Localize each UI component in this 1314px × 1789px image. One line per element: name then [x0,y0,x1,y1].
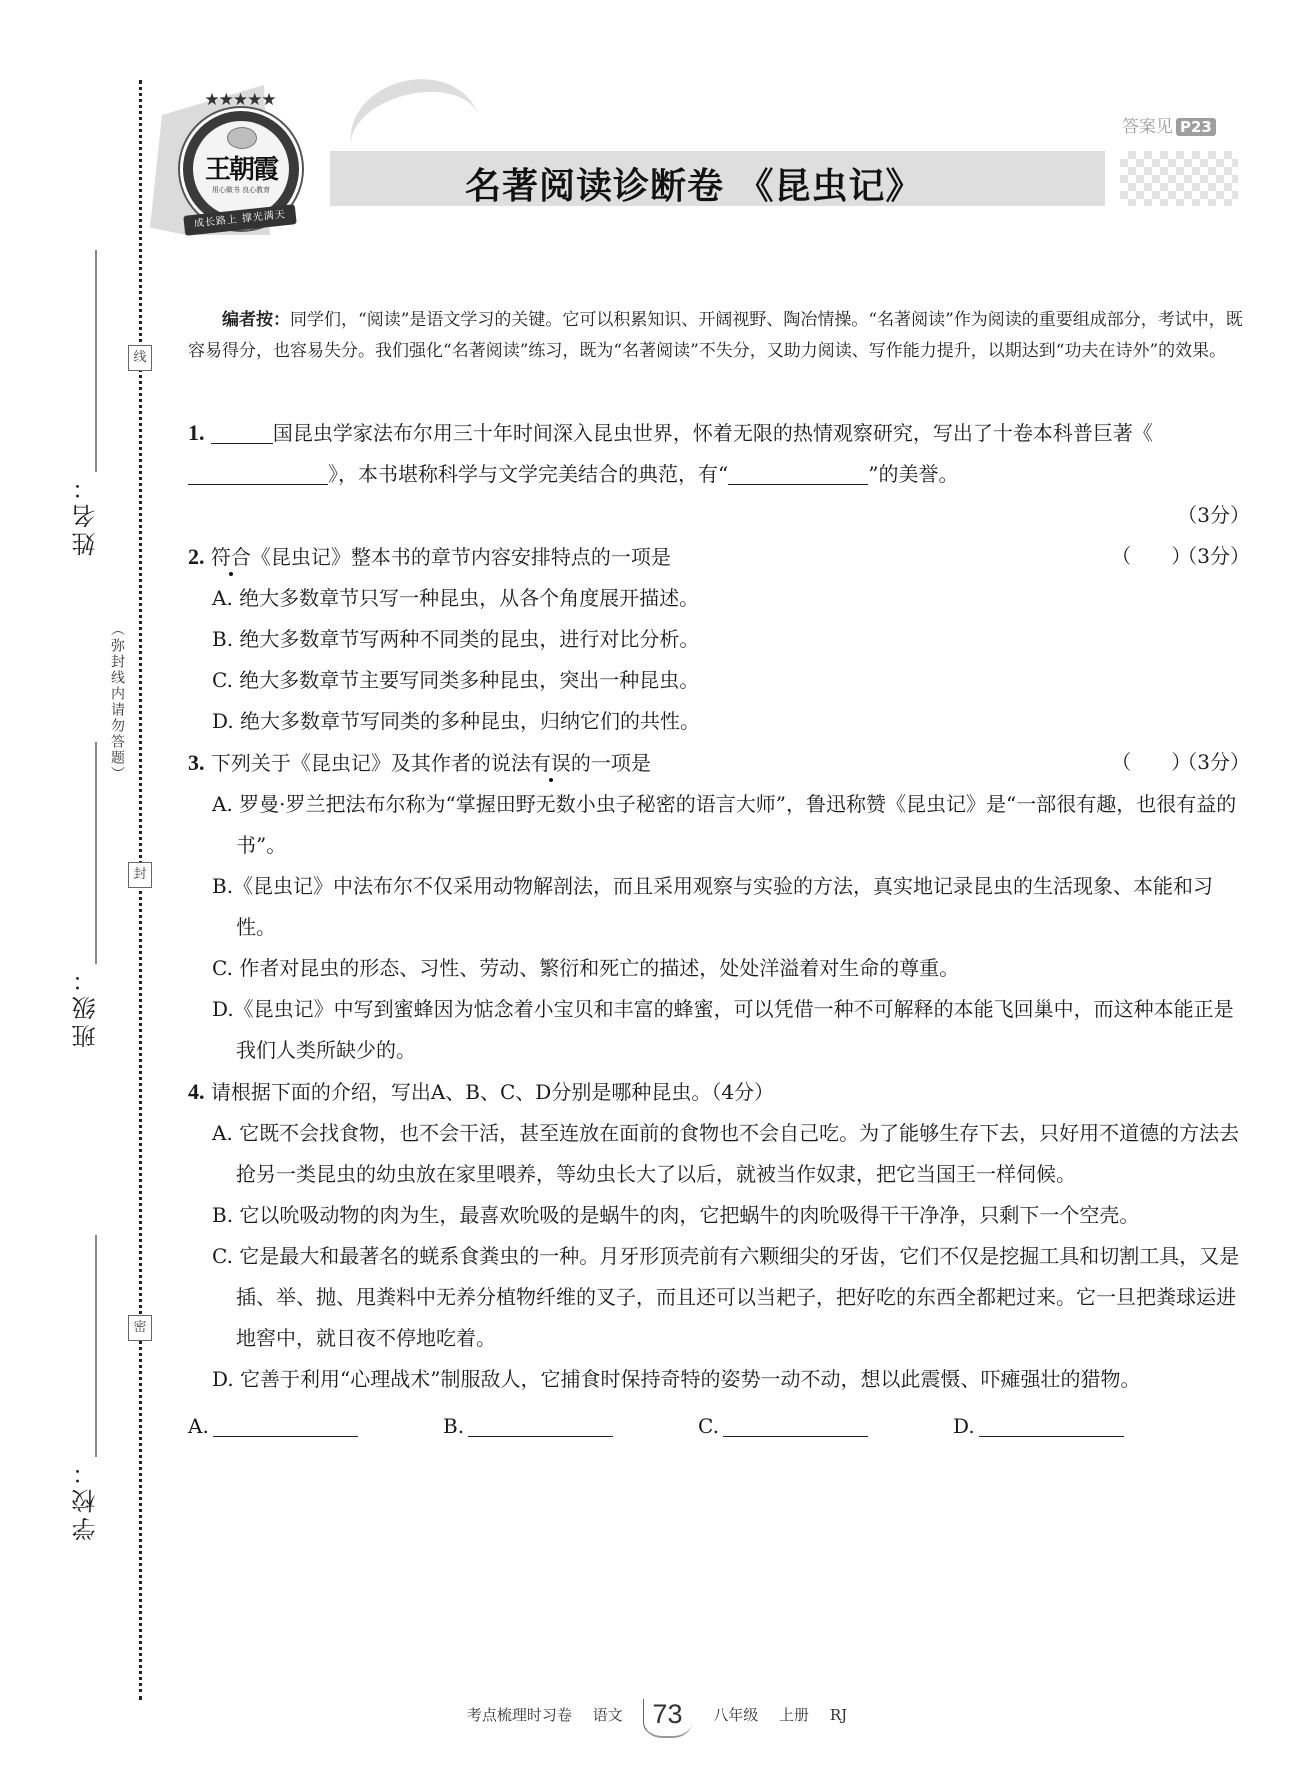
option-a: A. 绝大多数章节只写一种昆虫，从各个角度展开描述。 [212,578,1250,619]
footer-grade: 八年级 [713,1706,758,1724]
name-field-label: 姓名： [68,472,98,556]
question-score: （3分） [1177,544,1250,568]
answer-blank-b[interactable] [468,1414,613,1437]
binding-mark-line: 线 [128,345,152,371]
answer-label-d: D. [953,1414,975,1438]
option-c: C. 它是最大和最著名的蜣系食粪虫的一种。月牙形顶壳前有六颗细尖的牙齿，它们不仅… [212,1236,1250,1359]
exam-content: 编者按：同学们，“阅读”是语文学习的关键。它可以积累知识、开阔视野、陶冶情操。“… [188,305,1250,1438]
question-number: 1. [188,420,205,445]
answer-blank-d[interactable] [979,1414,1124,1437]
footer-edition: RJ [830,1706,847,1724]
school-field-label: 学校： [68,1457,98,1541]
answer-blank-c[interactable] [723,1414,868,1437]
question-1: 1. 国昆虫学家法布尔用三十年时间深入昆虫世界，怀着无限的热情观察研究，写出了十… [188,412,1250,536]
star-icons: ★★★★★ [195,90,285,110]
question-number: 2. [188,544,205,569]
question-text-part: ”的美誉。 [868,462,958,486]
question-text-part: 》，本书堪称科学与文学完美结合的典范，有“ [328,462,728,486]
question-3: 3. 下列关于《昆虫记》及其作者的说法有误的一项是 （ ）（3分） A. 罗曼·… [188,742,1250,1071]
editor-note-text: 同学们，“阅读”是语文学习的关键。它可以积累知识、开阔视野、陶冶情操。“名著阅读… [188,310,1243,361]
option-c: C. 绝大多数章节主要写同类多种昆虫，突出一种昆虫。 [212,660,1250,701]
binding-mark-secret: 密 [128,1315,152,1341]
option-b: B.《昆虫记》中法布尔不仅采用动物解剖法，而且采用观察与实验的方法，真实地记录昆… [212,866,1250,948]
option-b: B. 它以吮吸动物的肉为生，最喜欢吮吸的是蜗牛的肉，它把蜗牛的肉吮吸得干干净净，… [212,1195,1250,1236]
question-stem-end: 的一项是 [571,751,651,775]
footer-series: 考点梳理时习卷 [467,1706,572,1724]
question-number: 3. [188,750,205,775]
question-text-part: 国昆虫学家法布尔用三十年时间深入昆虫世界，怀着无限的热情观察研究，写出了十卷本科… [273,421,1153,445]
answer-label-c: C. [698,1414,719,1438]
school-field-line[interactable] [95,1235,97,1457]
option-d: D.《昆虫记》中写到蜜蜂因为惦念着小宝贝和丰富的蜂蜜，可以凭借一种不可解释的本能… [212,989,1250,1071]
portrait-icon [227,127,257,149]
page-footer: 考点梳理时习卷 语文 73 八年级 上册 RJ [0,1696,1314,1735]
class-field-label: 班级： [68,964,98,1048]
page-number: 73 [643,1699,692,1738]
question-2: 2. 符合《昆虫记》整本书的章节内容安排特点的一项是 （ ）（3分） A. 绝大… [188,536,1250,742]
answer-blank-country[interactable] [211,421,273,444]
footer-volume: 上册 [779,1706,809,1724]
binding-mark-seal: 封 [128,862,152,888]
footer-subject: 语文 [593,1706,623,1724]
answer-ref-page-badge: P23 [1176,118,1216,136]
answer-paren[interactable]: （ ） [1111,742,1177,783]
option-c: C. 作者对昆虫的形态、习性、劳动、繁衍和死亡的描述，处处洋溢着对生命的尊重。 [212,948,1250,989]
checker-decoration [1120,151,1238,206]
question-stem: 请根据下面的介绍，写出A、B、C、D分别是哪种昆虫。（4分） [211,1080,774,1104]
name-field-line[interactable] [95,250,97,472]
option-d: D. 绝大多数章节写同类的多种昆虫，归纳它们的共性。 [212,701,1250,742]
question-stem: 《昆虫记》整本书的章节内容安排特点的一项是 [251,545,671,569]
page-title: 名著阅读诊断卷 《昆虫记》 [465,158,1025,209]
answer-reference: 答案见P23 [1122,112,1216,137]
option-a: A. 罗曼·罗兰把法布尔称为“掌握田野无数小虫子秘密的语言大师”，鲁迅称赞《昆虫… [212,784,1250,866]
answer-label-a: A. [188,1414,209,1438]
option-b: B. 绝大多数章节写两种不同类的昆虫，进行对比分析。 [212,619,1250,660]
question-4: 4. 请根据下面的介绍，写出A、B、C、D分别是哪种昆虫。（4分） A. 它既不… [188,1071,1250,1438]
logo-motto: 用心做书 良心教育 [193,185,289,195]
editor-note: 编者按：同学们，“阅读”是语文学习的关键。它可以积累知识、开阔视野、陶冶情操。“… [188,305,1250,367]
seal-instruction: （弥封线内请勿答题） [108,622,126,782]
answer-paren[interactable]: （ ） [1111,536,1177,577]
answer-blank-a[interactable] [213,1414,358,1437]
question-number: 4. [188,1079,205,1104]
question-score: （3分） [188,495,1250,536]
answer-ref-label: 答案见 [1122,117,1173,137]
option-a: A. 它既不会找食物，也不会干活，甚至连放在面前的食物也不会自己吃。为了能够生存… [212,1113,1250,1195]
question-score: （3分） [1177,750,1250,774]
binding-line [139,80,142,1700]
question-stem: 下列关于《昆虫记》及其作者的说法 [211,751,531,775]
option-d: D. 它善于利用“心理战术”制服敌人，它捕食时保持奇特的姿势一动不动，想以此震慑… [212,1359,1250,1400]
answer-row: A. B. C. D. [188,1414,1250,1438]
emphasized-text: 符合 [211,545,251,569]
editor-note-label: 编者按： [222,310,290,330]
answer-label-b: B. [443,1414,464,1438]
class-field-line[interactable] [95,742,97,964]
emphasized-text: 有误 [531,751,571,775]
answer-blank-reputation[interactable] [728,462,868,485]
answer-blank-book[interactable] [188,462,328,485]
logo-brand-name: 王朝霞 [193,149,289,186]
